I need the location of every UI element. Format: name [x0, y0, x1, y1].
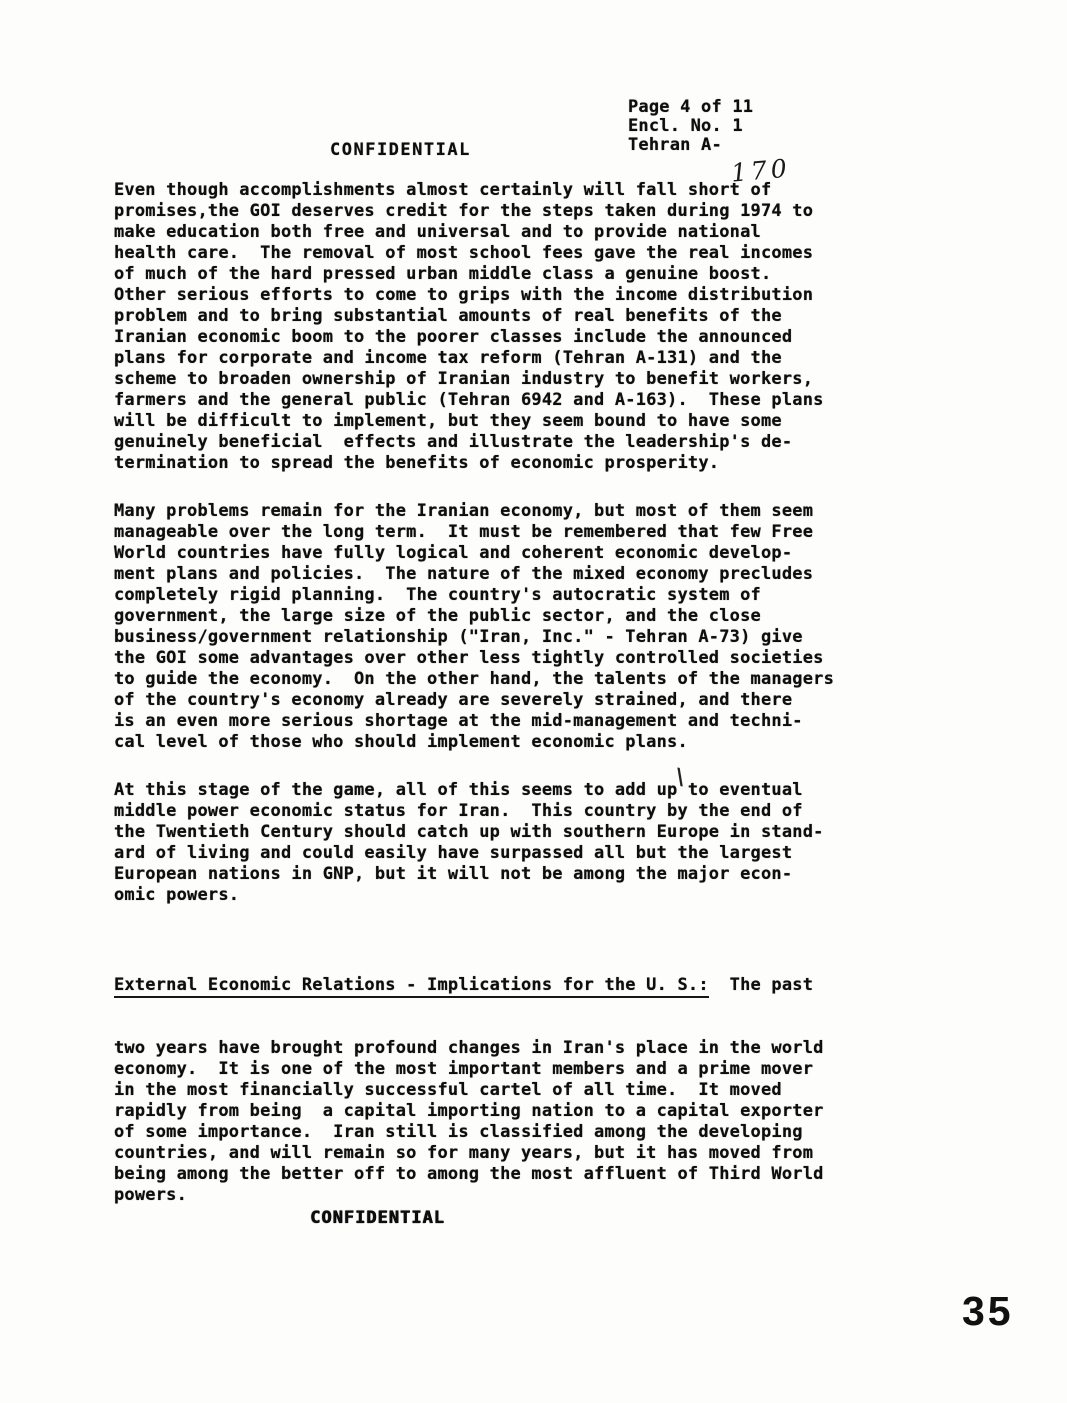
header-block: Page 4 of 11 Encl. No. 1 Tehran A-	[628, 98, 753, 155]
document-body: Even though accomplishments almost certa…	[114, 180, 904, 1275]
header-page-line: Page 4 of 11	[628, 98, 753, 117]
paragraph-problems: Many problems remain for the Iranian eco…	[114, 501, 904, 753]
section-heading-line: External Economic Relations - Implicatio…	[114, 975, 904, 996]
page-number: 35	[962, 1288, 1014, 1335]
paragraph-middle-power: At this stage of the game, all of this s…	[114, 780, 904, 906]
header-enclosure-line: Encl. No. 1	[628, 117, 753, 136]
section-heading: External Economic Relations - Implicatio…	[114, 975, 709, 998]
section-heading-tail: The past	[709, 975, 813, 995]
paragraph-external-relations: External Economic Relations - Implicatio…	[114, 933, 904, 1248]
paragraph-external-body: two years have brought profound changes …	[114, 1038, 904, 1206]
header-reference-line: Tehran A-	[628, 136, 753, 155]
paragraph-accomplishments: Even though accomplishments almost certa…	[114, 180, 904, 474]
classification-marking-bottom: CONFIDENTIAL	[310, 1208, 445, 1229]
classification-marking-top: CONFIDENTIAL	[330, 140, 471, 161]
document-page: CONFIDENTIAL Page 4 of 11 Encl. No. 1 Te…	[0, 0, 1067, 1403]
